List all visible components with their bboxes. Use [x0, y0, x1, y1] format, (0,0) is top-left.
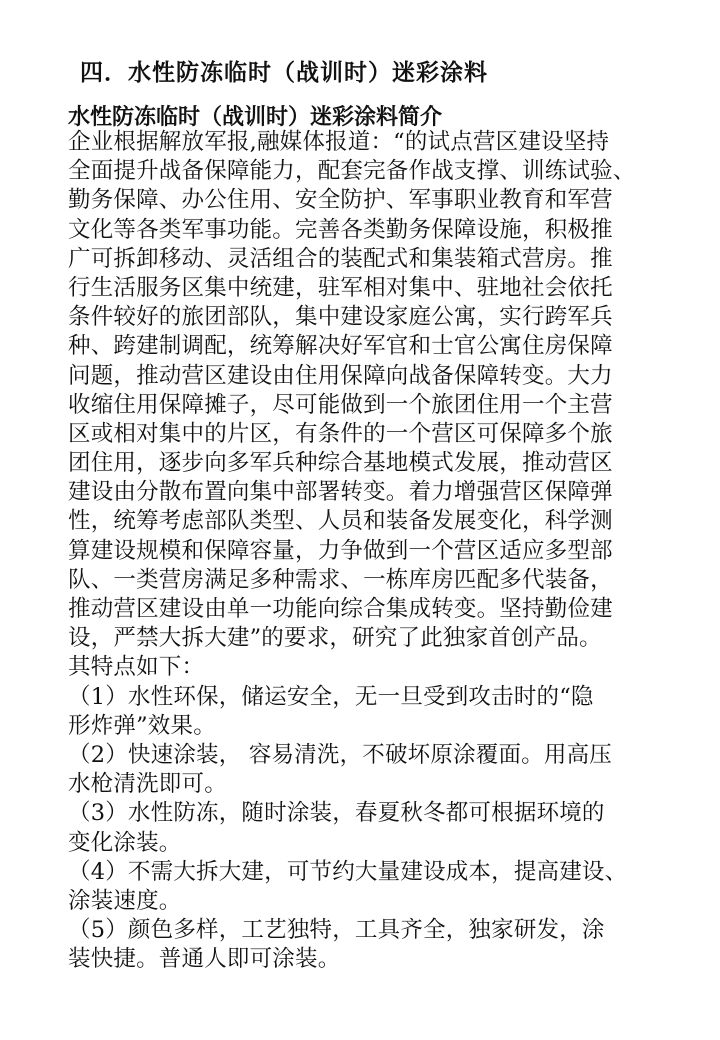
- text-line: 性，统筹考虑部队类型、人员和装备发展变化，科学测: [68, 507, 668, 536]
- text-line: 种、跨建制调配，统筹解决好军官和士官公寓住房保障: [68, 332, 668, 361]
- section-subtitle: 水性防冻临时（战训时）迷彩涂料简介: [68, 100, 442, 131]
- text-line: 建设由分散布置向集中部署转变。着力增强营区保障弹: [68, 478, 668, 507]
- feature-item-1: （1）水性环保，储运安全，无一旦受到攻击时的“隐: [68, 683, 668, 712]
- feature-item-4: （4）不需大拆大建，可节约大量建设成本，提高建设、: [68, 858, 668, 887]
- text-line: 区或相对集中的片区，有条件的一个营区可保障多个旅: [68, 420, 668, 449]
- text-line: 涂装速度。: [68, 887, 668, 916]
- text-line: 勤务保障、办公住用、安全防护、军事职业教育和军营: [68, 186, 668, 215]
- text-line: 收缩住用保障摊子，尽可能做到一个旅团住用一个主营: [68, 391, 668, 420]
- feature-item-5: （5）颜色多样，工艺独特，工具齐全，独家研发，涂: [68, 916, 668, 945]
- text-line: 团住用，逐步向多军兵种综合基地模式发展，推动营区: [68, 449, 668, 478]
- text-line: 变化涂装。: [68, 829, 668, 858]
- text-line: 形炸弹”效果。: [68, 712, 668, 741]
- text-line: 全面提升战备保障能力，配套完备作战支撑、训练试验、: [68, 157, 668, 186]
- text-line: 条件较好的旅团部队，集中建设家庭公寓，实行跨军兵: [68, 303, 668, 332]
- body-text: 企业根据解放军报,融媒体报道：“的试点营区建设坚持 全面提升战备保障能力，配套完…: [68, 128, 668, 974]
- feature-item-3: （3）水性防冻，随时涂装，春夏秋冬都可根据环境的: [68, 799, 668, 828]
- text-line: 行生活服务区集中统建，驻军相对集中、驻地社会依托: [68, 274, 668, 303]
- text-line: 水枪清洗即可。: [68, 770, 668, 799]
- section-heading: 四．水性防冻临时（战训时）迷彩涂料: [80, 54, 488, 87]
- text-line: 队、一类营房满足多种需求、一栋库房匹配多代装备，: [68, 566, 668, 595]
- text-line: 推动营区建设由单一功能向综合集成转变。坚持勤俭建: [68, 595, 668, 624]
- text-line: 算建设规模和保障容量，力争做到一个营区适应多型部: [68, 537, 668, 566]
- text-line: 装快捷。普通人即可涂装。: [68, 945, 668, 974]
- text-line: 广可拆卸移动、灵活组合的装配式和集装箱式营房。推: [68, 245, 668, 274]
- text-line: 问题，推动营区建设由住用保障向战备保障转变。大力: [68, 362, 668, 391]
- text-line: 文化等各类军事功能。完善各类勤务保障设施，积极推: [68, 216, 668, 245]
- text-line: 设，严禁大拆大建”的要求，研究了此独家首创产品。: [68, 624, 668, 653]
- feature-item-2: （2）快速涂装， 容易清洗，不破坏原涂覆面。用高压: [68, 741, 668, 770]
- text-line: 其特点如下：: [68, 653, 668, 682]
- text-line: 企业根据解放军报,融媒体报道：“的试点营区建设坚持: [68, 128, 668, 157]
